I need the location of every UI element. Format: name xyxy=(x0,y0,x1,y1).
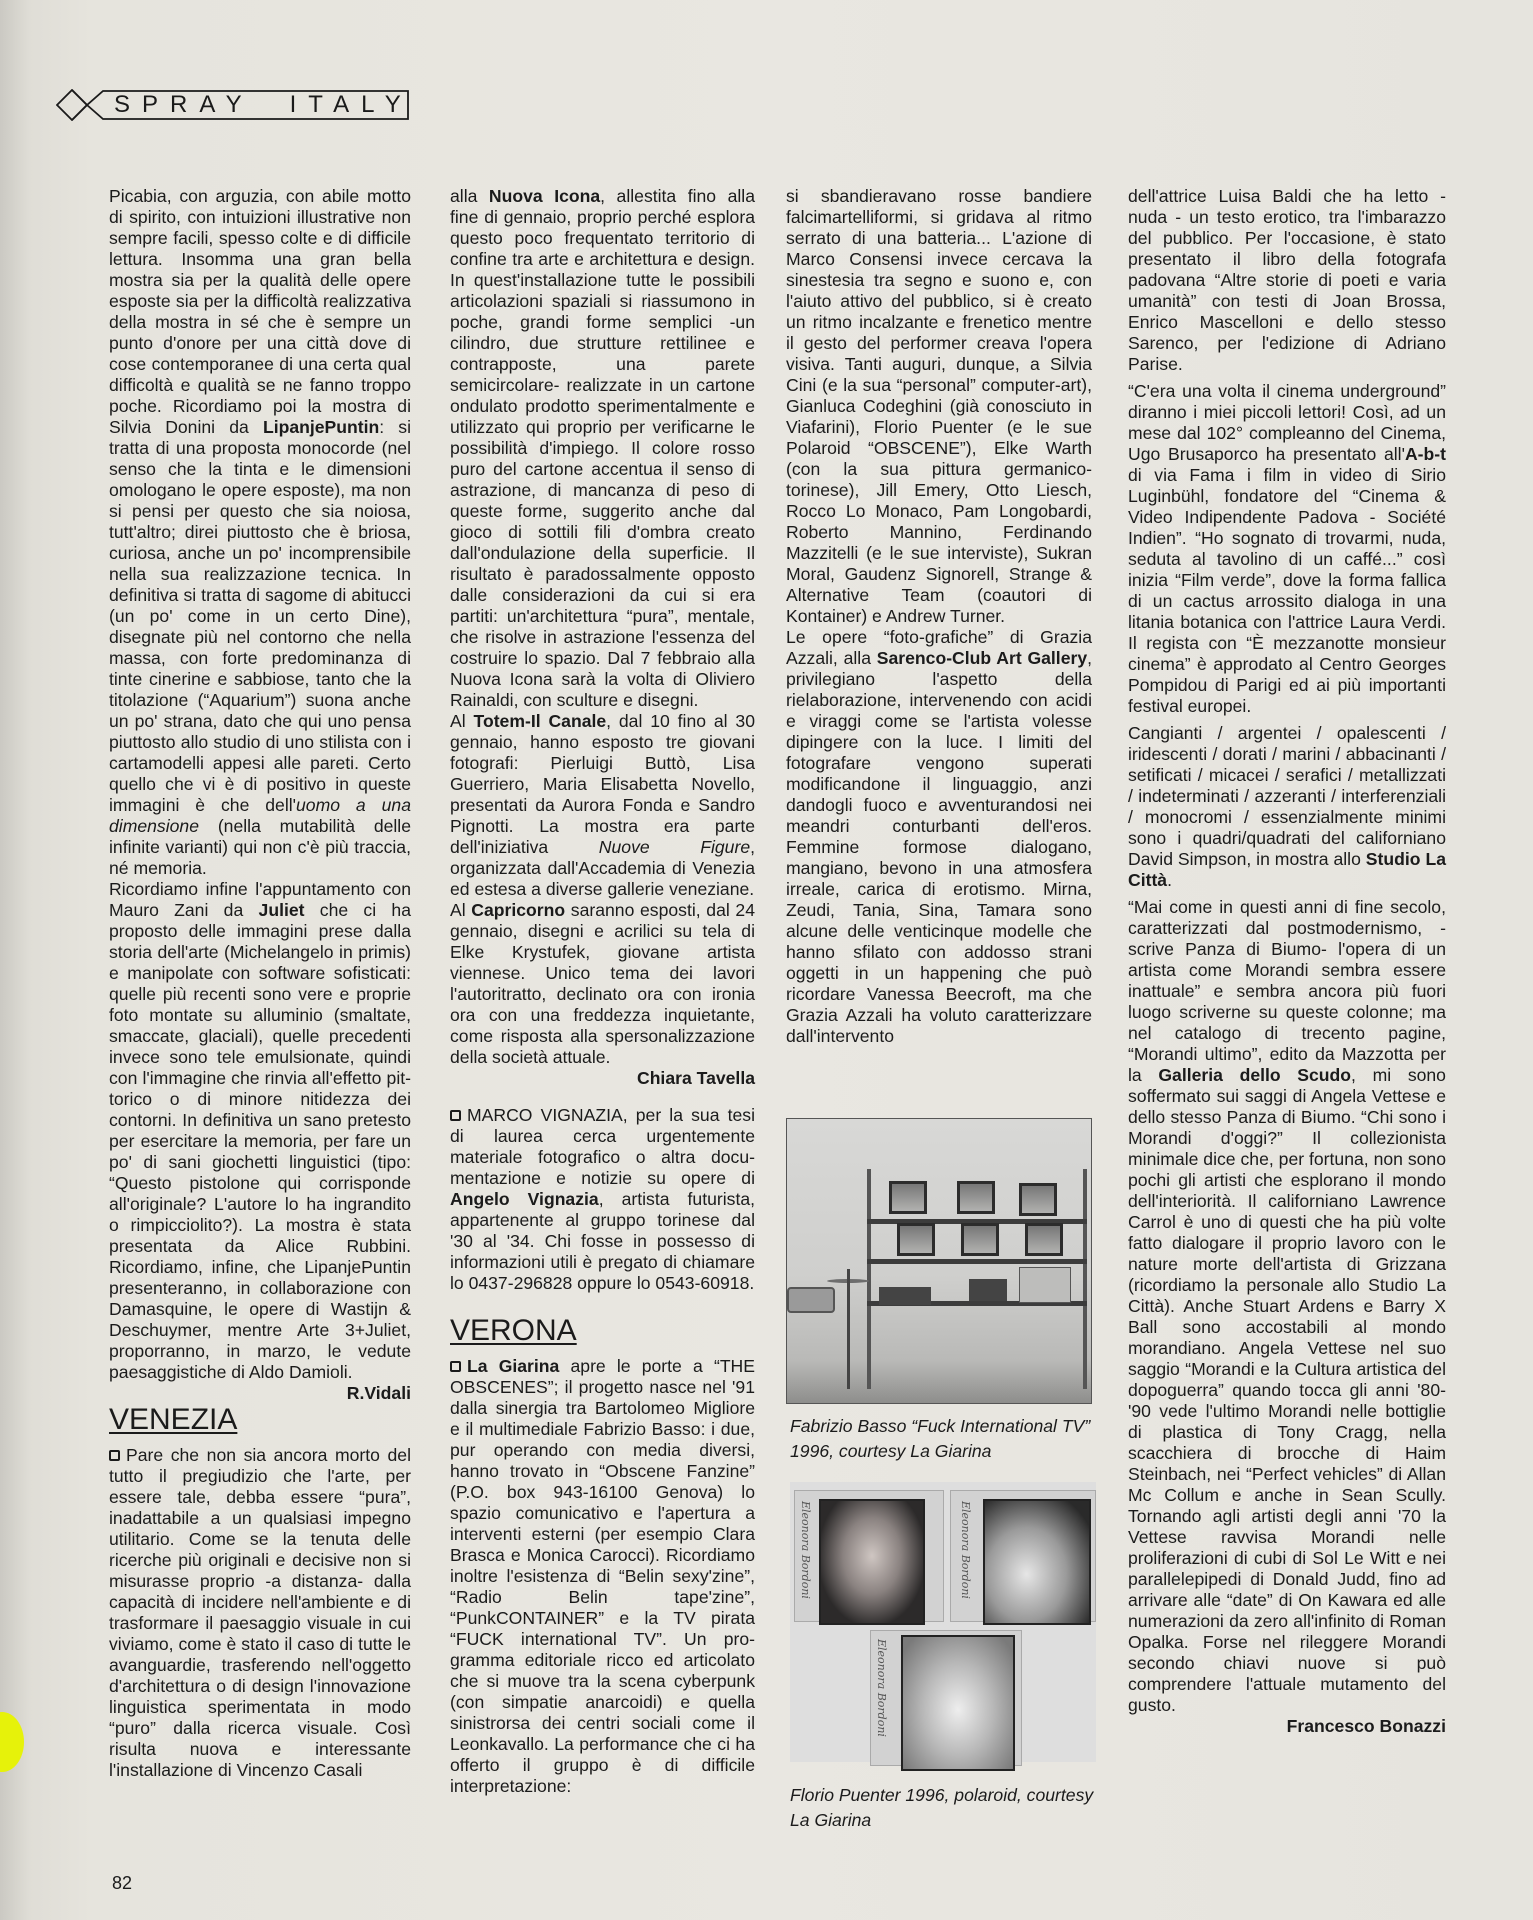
figure-caption: Fabrizio Basso “Fuck International TV” 1… xyxy=(790,1414,1096,1464)
paragraph: MARCO VIGNAZIA, per la sua tesi di laure… xyxy=(450,1105,755,1294)
paragraph: Picabia, con arguzia, con abile motto di… xyxy=(109,186,411,879)
paragraph: “Mai come in questi anni di fine secolo,… xyxy=(1128,897,1446,1716)
paragraph: “C'era una volta il cinema under­ground”… xyxy=(1128,381,1446,717)
section-word-spray: SPRAY xyxy=(114,91,254,118)
section-word-italy: ITALY xyxy=(290,91,413,118)
paragraph: dell'attrice Luisa Baldi che ha letto - … xyxy=(1128,186,1446,375)
tv-monitor xyxy=(889,1181,927,1214)
author-signature: Francesco Bonazzi xyxy=(1128,1716,1446,1737)
paragraph: Cangianti / argentei / opalescenti / iri… xyxy=(1128,723,1446,891)
paragraph: Ricordiamo infine l'appuntamento con Mau… xyxy=(109,879,411,1383)
figure-caption: Florio Puenter 1996, polaroid, courtesy … xyxy=(790,1783,1096,1833)
artist-name: Angelo Vignazia xyxy=(450,1189,599,1209)
article-column-2: alla Nuova Icona, allestita fino alla fi… xyxy=(450,186,755,1797)
gallery-name: Capricorno xyxy=(471,900,565,920)
article-column-4: dell'attrice Luisa Baldi che ha letto - … xyxy=(1128,186,1446,1737)
tv-monitor xyxy=(1019,1183,1057,1216)
article-column-3: si sbandieravano rosse bandiere falcimar… xyxy=(786,186,1092,1047)
checkbox-bullet-icon xyxy=(109,1450,120,1461)
gallery-name: Totem-Il Canale xyxy=(474,711,607,731)
photo-polaroids: Eleonora Bordoni Eleonora Bordoni Eleono… xyxy=(790,1482,1096,1762)
drum xyxy=(787,1287,835,1313)
paragraph: si sbandieravano rosse bandiere falcimar… xyxy=(786,186,1092,627)
gallery-name: A-b-t xyxy=(1405,444,1446,464)
italic-title: Nuove Figure xyxy=(599,837,750,857)
gallery-name: Sarenco-Club Art Gallery xyxy=(877,648,1087,668)
author-signature: Chiara Tavella xyxy=(450,1068,755,1089)
tv-monitor xyxy=(1025,1223,1063,1256)
tv-monitor xyxy=(957,1181,995,1214)
city-heading-venezia: VENEZIA xyxy=(109,1403,411,1437)
tv-monitor xyxy=(961,1223,999,1256)
tv-monitor xyxy=(897,1223,935,1256)
page-fold-shadow xyxy=(0,0,30,1920)
section-header: SPRAYITALY xyxy=(56,89,410,121)
section-title: SPRAYITALY xyxy=(114,91,413,119)
gallery-name: Galleria dello Scudo xyxy=(1158,1065,1351,1085)
checkbox-bullet-icon xyxy=(450,1110,461,1121)
author-signature: R.Vidali xyxy=(347,1383,411,1404)
polaroid: Eleonora Bordoni xyxy=(794,1490,944,1622)
photo-fuck-international-tv xyxy=(786,1118,1092,1404)
paragraph: La Giarina apre le porte a “THE OBSCENES… xyxy=(450,1356,755,1797)
gallery-name: Juliet xyxy=(259,900,305,920)
paragraph: Pare che non sia ancora morto del tutto … xyxy=(109,1445,411,1781)
checkbox-bullet-icon xyxy=(450,1361,461,1372)
polaroid: Eleonora Bordoni xyxy=(950,1490,1096,1622)
paragraph: Al Totem-Il Canale, dal 10 fino al 30 ge… xyxy=(450,711,755,900)
paragraph: alla Nuova Icona, allestita fino alla fi… xyxy=(450,186,755,711)
paragraph: Al Capricorno saranno esposti, dal 24 ge… xyxy=(450,900,755,1068)
city-heading-verona: VERONA xyxy=(450,1314,755,1348)
paragraph: Le opere “foto-grafiche” di Grazia Azzal… xyxy=(786,627,1092,1047)
article-column-1: Picabia, con arguzia, con abile motto di… xyxy=(109,186,411,1781)
page-number: 82 xyxy=(112,1873,132,1894)
gallery-name: La Giarina xyxy=(467,1356,559,1376)
gallery-name: LipanjePuntin xyxy=(263,417,379,437)
gallery-name: Nuova Icona xyxy=(489,186,600,206)
polaroid: Eleonora Bordoni xyxy=(870,1630,1022,1766)
